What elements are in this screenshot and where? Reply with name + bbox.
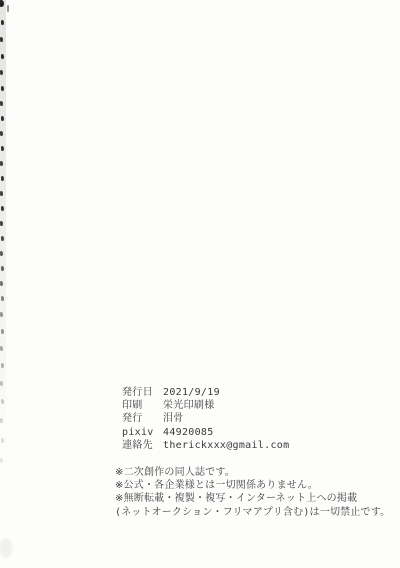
contact-label: 連絡先: [122, 439, 163, 452]
pixiv-id-value: 44920085: [163, 426, 214, 439]
publisher-value: 泪骨: [163, 412, 184, 425]
colophon-page: 発行日 2021/9/19 印刷 栄光印刷様 発行 泪骨 pixiv 44920…: [0, 0, 400, 568]
scan-corner-smudge: [0, 538, 12, 558]
scan-edge-tick-mark: [7, 5, 9, 12]
colophon-row-publisher: 発行 泪骨: [122, 412, 289, 425]
disclaimer-notes-block: ※二次創作の同人誌です。 ※公式・各企業様とは一切関係ありません。 ※無断転載・…: [115, 466, 390, 519]
disclaimer-line-no-reproduction: ※無断転載・複製・複写・インターネット上への掲載: [115, 492, 390, 505]
contact-email-value: therickxxx@gmail.com: [163, 439, 289, 452]
publish-date-label: 発行日: [122, 386, 163, 399]
colophon-info-block: 発行日 2021/9/19 印刷 栄光印刷様 発行 泪骨 pixiv 44920…: [122, 386, 289, 452]
colophon-row-printer: 印刷 栄光印刷様: [122, 399, 289, 412]
printer-value: 栄光印刷様: [163, 399, 215, 412]
scan-edge-toner-dots: [0, 0, 3, 5]
colophon-row-pixiv: pixiv 44920085: [122, 426, 289, 439]
publisher-label: 発行: [122, 412, 163, 425]
pixiv-label: pixiv: [122, 426, 163, 439]
colophon-row-contact: 連絡先 therickxxx@gmail.com: [122, 439, 289, 452]
colophon-row-publish-date: 発行日 2021/9/19: [122, 386, 289, 399]
publish-date-value: 2021/9/19: [163, 386, 220, 399]
printer-label: 印刷: [122, 399, 163, 412]
disclaimer-line-derivative-work: ※二次創作の同人誌です。: [115, 466, 390, 479]
disclaimer-line-no-affiliation: ※公式・各企業様とは一切関係ありません。: [115, 479, 390, 492]
scan-edge-strip: [0, 0, 6, 450]
disclaimer-line-no-resale: (ネットオークション・フリマアプリ含む)は一切禁止です。: [115, 506, 390, 519]
